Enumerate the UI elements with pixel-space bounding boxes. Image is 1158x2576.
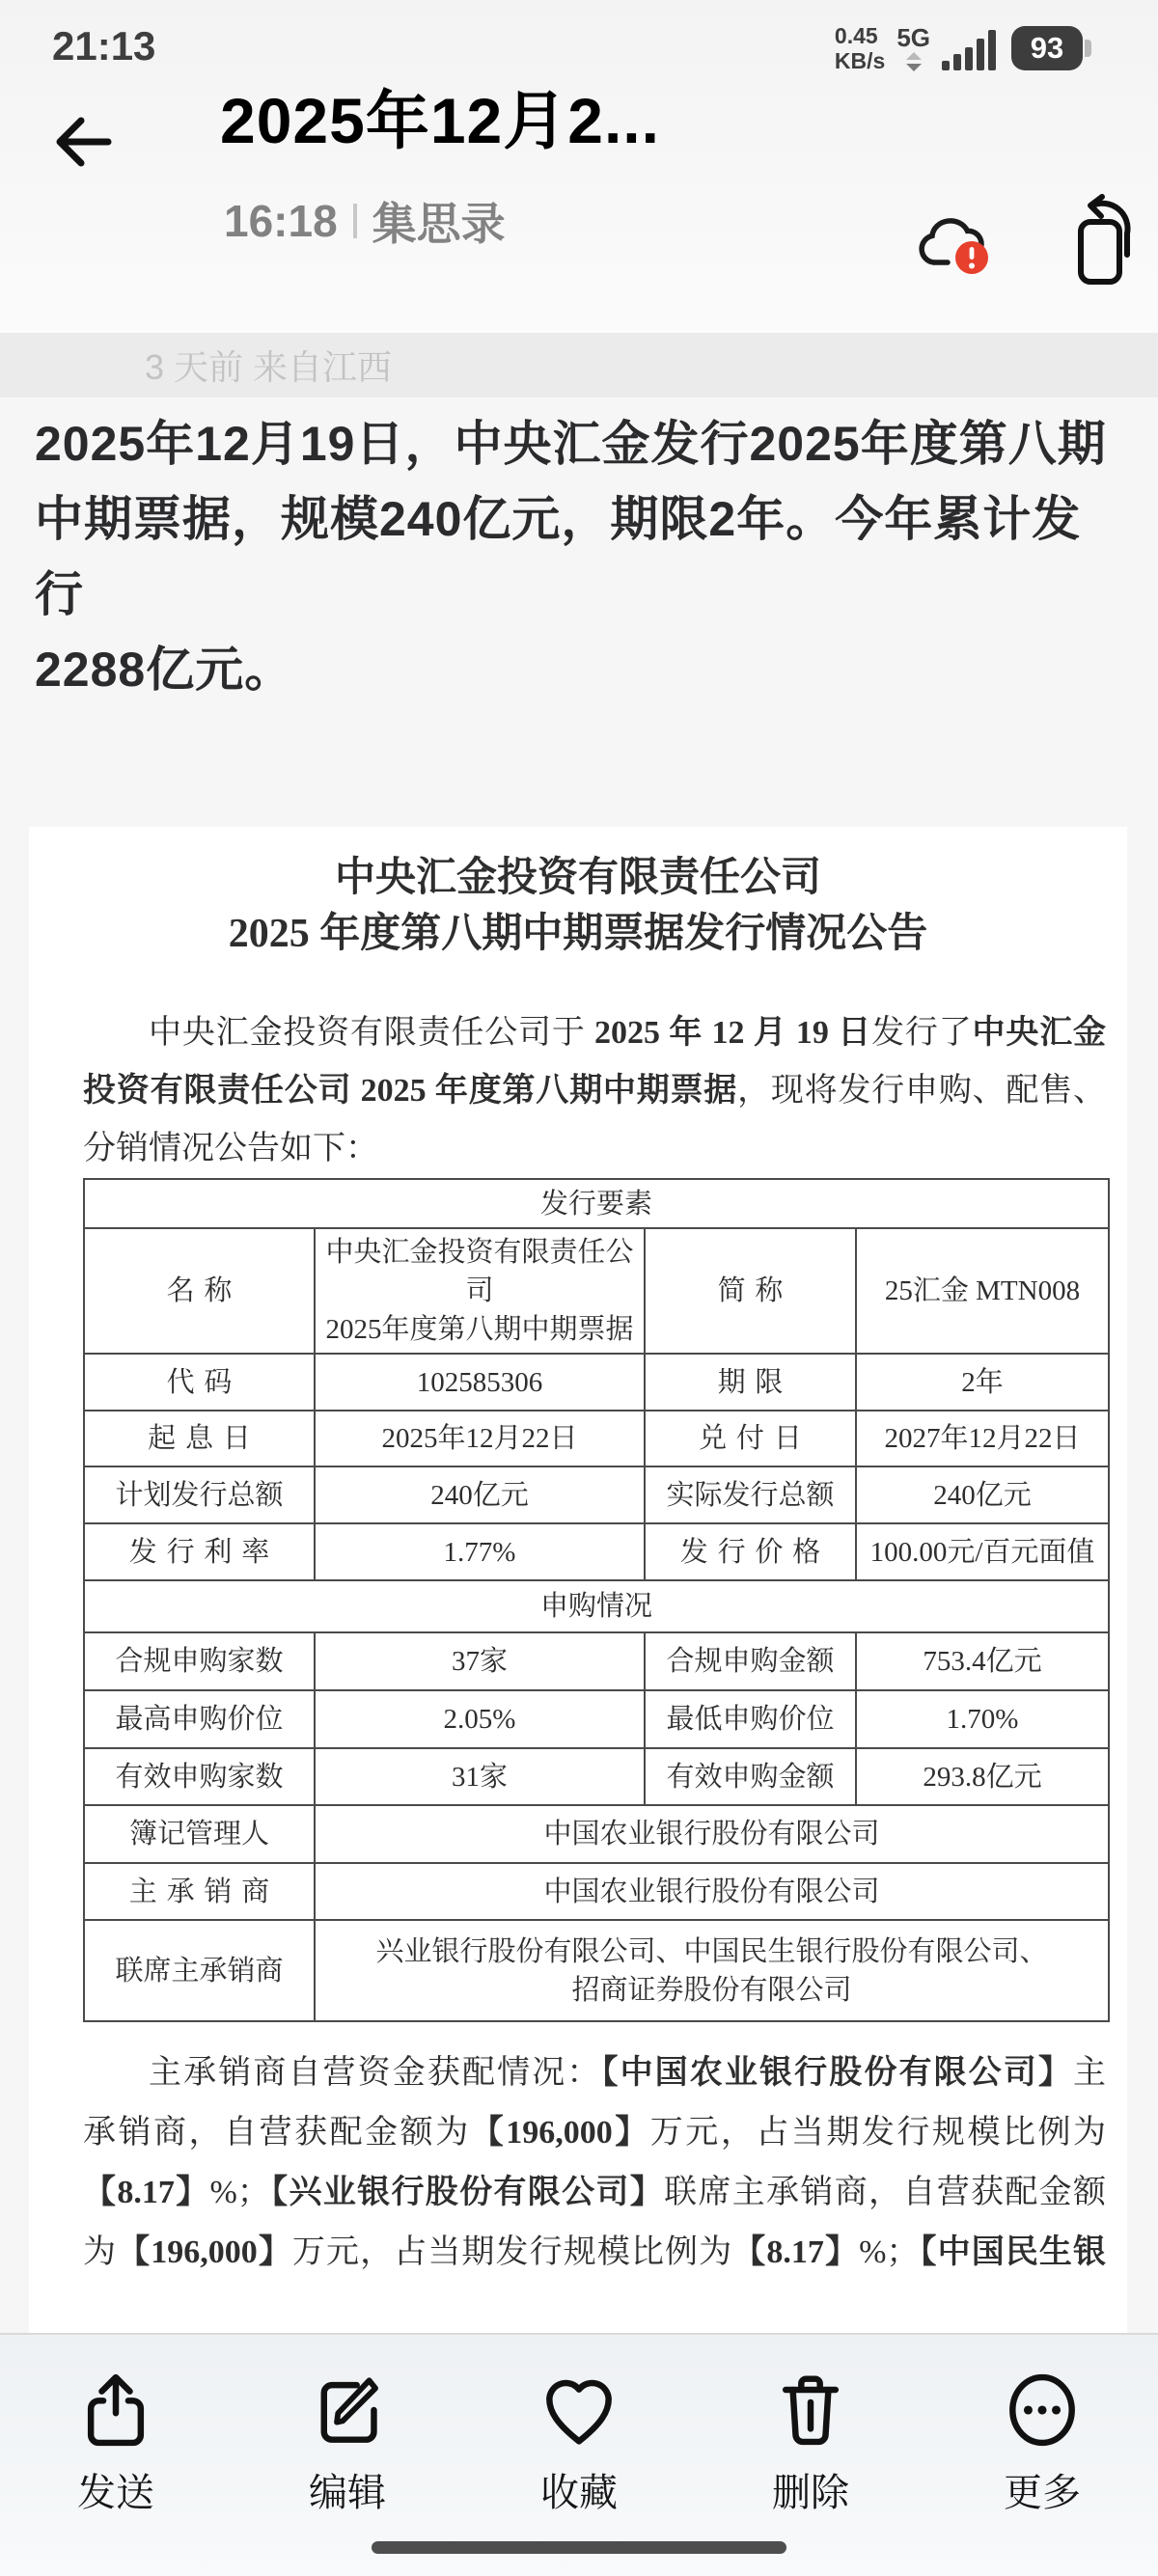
table-cell: 期限 xyxy=(644,1355,855,1410)
table-cell: 最低申购价位 xyxy=(644,1691,855,1747)
send-label: 发送 xyxy=(77,2462,154,2517)
table-cell: 发行价格 xyxy=(644,1524,855,1579)
table-cell: 主承销商 xyxy=(85,1864,314,1919)
edit-button[interactable]: 编辑 xyxy=(232,2335,463,2576)
table-row: 有效申购家数31家有效申购金额293.8亿元 xyxy=(85,1747,1108,1804)
table-row: 起息日2025年12月22日兑付日2027年12月22日 xyxy=(85,1410,1108,1466)
delete-button[interactable]: 删除 xyxy=(695,2335,926,2576)
updown-arrows-icon xyxy=(906,52,922,71)
photo-time: 16:18 xyxy=(224,195,338,247)
rotate-icon xyxy=(1063,193,1146,289)
table-cell: 申购情况 xyxy=(85,1581,1108,1631)
battery-level: 93 xyxy=(1031,31,1063,66)
status-right-cluster: 0.45 KB/s 5G 93 xyxy=(835,23,1083,73)
table-cell: 中国农业银行股份有限公司 xyxy=(314,1806,1108,1862)
photo-source: 集思录 xyxy=(372,189,506,253)
more-button[interactable]: 更多 xyxy=(926,2335,1158,2576)
table-row: 最高申购价位2.05%最低申购价位1.70% xyxy=(85,1689,1108,1747)
favorite-label: 收藏 xyxy=(540,2462,618,2517)
photo-meta: 16:18 集思录 xyxy=(224,189,506,253)
cloud-sync-error-button[interactable] xyxy=(913,206,1002,289)
favorite-button[interactable]: 收藏 xyxy=(463,2335,695,2576)
table-row: 联席主承销商兴业银行股份有限公司、中国民生银行股份有限公司、 招商证券股份有限公… xyxy=(85,1919,1108,2020)
more-label: 更多 xyxy=(1004,2462,1081,2517)
table-cell: 240亿元 xyxy=(855,1467,1108,1522)
table-cell: 293.8亿元 xyxy=(855,1749,1108,1804)
table-row: 计划发行总额240亿元实际发行总额240亿元 xyxy=(85,1466,1108,1522)
table-cell: 1.70% xyxy=(855,1691,1108,1747)
arrow-left-icon xyxy=(48,108,116,176)
rotate-button[interactable] xyxy=(1063,193,1146,289)
doc-text-line: 中央汇金投资有限责任公司于 2025 年 12 月 19 日发行了中央汇金 xyxy=(83,1004,1106,1062)
doc-text-line: 【8.17】%；【兴业银行股份有限公司】联席主承销商，自营获配金额 xyxy=(83,2163,1106,2223)
edit-label: 编辑 xyxy=(309,2462,386,2517)
table-cell: 名称 xyxy=(85,1229,314,1353)
table-cell: 1.77% xyxy=(314,1524,644,1579)
table-cell: 37家 xyxy=(314,1633,644,1689)
table-cell: 简称 xyxy=(644,1229,855,1353)
table-cell: 25汇金 MTN008 xyxy=(855,1229,1108,1353)
doc-footer-paragraph: 主承销商自营资金获配情况：【中国农业银行股份有限公司】主承销商，自营获配金额为【… xyxy=(83,2043,1106,2283)
doc-text-line: 分销情况公告如下： xyxy=(83,1120,1106,1178)
trash-icon xyxy=(773,2370,848,2451)
table-cell: 240亿元 xyxy=(314,1467,644,1522)
gallery-viewer-screen: 21:13 0.45 KB/s 5G 93 2025年12月2... xyxy=(0,0,1158,2576)
network-speed: 0.45 KB/s xyxy=(835,23,885,73)
table-cell: 753.4亿元 xyxy=(855,1633,1108,1689)
table-row: 名称中央汇金投资有限责任公司 2025年度第八期中期票据简称25汇金 MTN00… xyxy=(85,1227,1108,1353)
cloud-sync-error-icon xyxy=(913,206,1002,289)
table-cell: 代码 xyxy=(85,1355,314,1410)
table-cell: 兴业银行股份有限公司、中国民生银行股份有限公司、 招商证券股份有限公司 xyxy=(314,1921,1108,2020)
doc-text-line: 为【196,000】万元，占当期发行规模比例为【8.17】%；【中国民生银 xyxy=(83,2223,1106,2283)
doc-text-line: 投资有限责任公司 2025 年度第八期中期票据，现将发行申购、配售、 xyxy=(83,1062,1106,1120)
page-title: 2025年12月2... xyxy=(220,69,660,161)
table-row: 发行要素 xyxy=(85,1180,1108,1227)
network-speed-unit: KB/s xyxy=(835,48,885,73)
table-cell: 联席主承销商 xyxy=(85,1921,314,2020)
table-cell: 中国农业银行股份有限公司 xyxy=(314,1864,1108,1919)
doc-text-line: 承销商，自营获配金额为【196,000】万元，占当期发行规模比例为 xyxy=(83,2103,1106,2163)
home-indicator[interactable] xyxy=(372,2541,786,2554)
table-cell: 100.00元/百元面值 xyxy=(855,1524,1108,1579)
table-cell: 31家 xyxy=(314,1749,644,1804)
bottom-toolbar: 发送 编辑 收藏 删除 xyxy=(0,2333,1158,2576)
table-cell: 有效申购金额 xyxy=(644,1749,855,1804)
table-cell: 有效申购家数 xyxy=(85,1749,314,1804)
doc-subtitle: 2025 年度第八期中期票据发行情况公告 xyxy=(29,906,1127,962)
more-icon xyxy=(1005,2370,1080,2451)
doc-intro-paragraph: 中央汇金投资有限责任公司于 2025 年 12 月 19 日发行了中央汇金投资有… xyxy=(83,1004,1106,1178)
table-cell: 102585306 xyxy=(314,1355,644,1410)
table-cell: 2年 xyxy=(855,1355,1108,1410)
table-row: 主承销商中国农业银行股份有限公司 xyxy=(85,1862,1108,1919)
signal-bars-icon xyxy=(942,26,1000,70)
table-cell: 簿记管理人 xyxy=(85,1806,314,1862)
post-meta-text: 3 天前 来自江西 xyxy=(145,341,392,390)
edit-icon xyxy=(310,2370,385,2451)
table-row: 申购情况 xyxy=(85,1579,1108,1631)
table-cell: 计划发行总额 xyxy=(85,1467,314,1522)
post-meta-band: 3 天前 来自江西 xyxy=(0,333,1158,397)
table-cell: 2.05% xyxy=(314,1691,644,1747)
announcement-document: 中央汇金投资有限责任公司 2025 年度第八期中期票据发行情况公告 中央汇金投资… xyxy=(29,827,1127,2333)
network-type: 5G xyxy=(896,25,930,71)
table-cell: 2027年12月22日 xyxy=(855,1411,1108,1466)
network-type-label: 5G xyxy=(896,25,930,50)
share-icon xyxy=(78,2370,153,2451)
delete-label: 删除 xyxy=(772,2462,849,2517)
table-cell: 发行要素 xyxy=(85,1180,1108,1227)
table-row: 合规申购家数37家合规申购金额753.4亿元 xyxy=(85,1631,1108,1689)
status-time: 21:13 xyxy=(52,23,155,69)
back-button[interactable] xyxy=(48,108,116,176)
meta-divider xyxy=(353,204,357,238)
table-cell: 最高申购价位 xyxy=(85,1691,314,1747)
heart-icon xyxy=(541,2370,617,2451)
table-cell: 起息日 xyxy=(85,1411,314,1466)
network-speed-value: 0.45 xyxy=(835,23,878,48)
table-row: 发行利率1.77%发行价格100.00元/百元面值 xyxy=(85,1522,1108,1579)
send-button[interactable]: 发送 xyxy=(0,2335,232,2576)
table-cell: 2025年12月22日 xyxy=(314,1411,644,1466)
issuance-table: 发行要素名称中央汇金投资有限责任公司 2025年度第八期中期票据简称25汇金 M… xyxy=(83,1178,1110,2022)
table-row: 代码102585306期限2年 xyxy=(85,1353,1108,1410)
table-cell: 实际发行总额 xyxy=(644,1467,855,1522)
battery-indicator: 93 xyxy=(1011,26,1083,70)
table-cell: 中央汇金投资有限责任公司 2025年度第八期中期票据 xyxy=(314,1229,644,1353)
table-cell: 合规申购家数 xyxy=(85,1633,314,1689)
table-cell: 发行利率 xyxy=(85,1524,314,1579)
doc-text-line: 主承销商自营资金获配情况：【中国农业银行股份有限公司】主 xyxy=(83,2043,1106,2103)
table-row: 簿记管理人中国农业银行股份有限公司 xyxy=(85,1804,1108,1862)
post-text: 2025年12月19日，中央汇金发行2025年度第八期 中期票据，规模240亿元… xyxy=(35,406,1125,707)
table-cell: 合规申购金额 xyxy=(644,1633,855,1689)
table-cell: 兑付日 xyxy=(644,1411,855,1466)
doc-title: 中央汇金投资有限责任公司 xyxy=(29,850,1127,906)
